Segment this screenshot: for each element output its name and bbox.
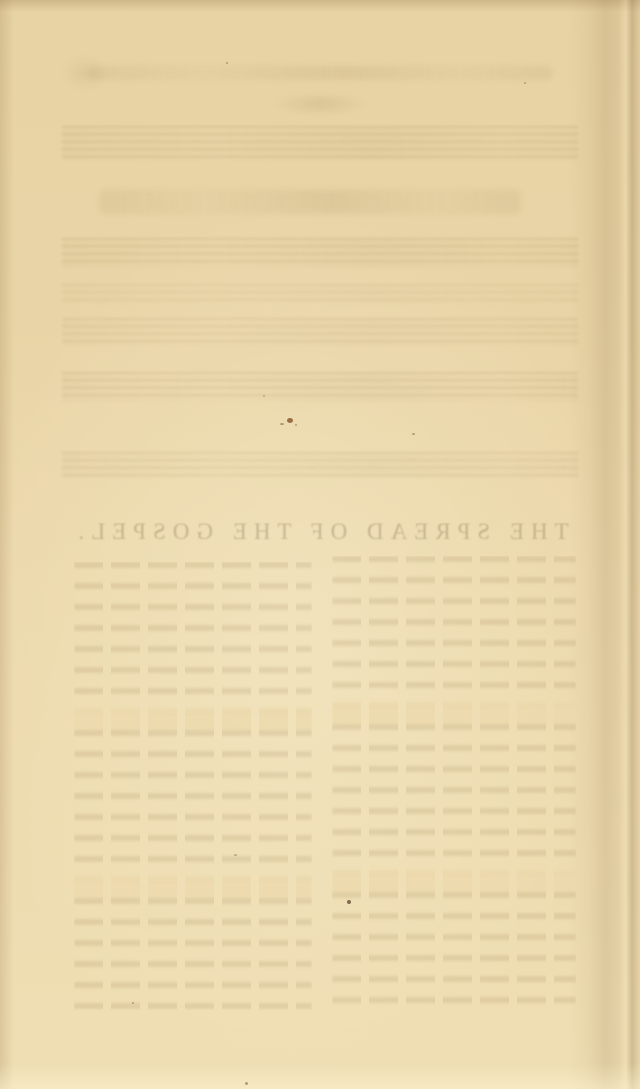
foxing-spot <box>226 62 228 64</box>
showthrough-text-band <box>100 190 520 214</box>
page-right-edge-gutter-shadow <box>568 0 640 1089</box>
scanned-blank-book-page: THE SPREAD OF THE GOSPEL. <box>0 0 640 1089</box>
showthrough-music-staff-band <box>62 238 578 268</box>
foxing-spot <box>524 82 526 84</box>
page-bottom-edge-highlight <box>0 1063 640 1089</box>
showthrough-music-staff-band <box>62 318 578 346</box>
foxing-spot <box>280 423 284 425</box>
foxing-spot <box>295 424 297 426</box>
showthrough-verse-column-left <box>74 562 312 1010</box>
showthrough-header-band <box>88 66 552 80</box>
page-top-edge-shadow <box>0 0 640 12</box>
showthrough-music-staff-band <box>62 372 578 402</box>
foxing-spot <box>287 418 293 423</box>
foxing-spot <box>263 395 265 397</box>
showthrough-music-staff-band <box>62 284 578 304</box>
page-left-edge-shadow <box>0 0 14 1089</box>
foxing-spot <box>132 1002 134 1004</box>
showthrough-mirrored-title: THE SPREAD OF THE GOSPEL. <box>70 514 570 550</box>
showthrough-music-staff-band <box>62 126 578 160</box>
foxing-spot <box>234 854 237 856</box>
showthrough-ornament <box>272 92 368 116</box>
foxing-spot <box>347 900 351 904</box>
showthrough-music-staff-band <box>62 452 578 478</box>
foxing-spot <box>412 433 415 435</box>
showthrough-verse-column-right <box>332 556 576 1008</box>
foxing-spot <box>245 1082 248 1085</box>
corner-smudge <box>62 56 108 90</box>
